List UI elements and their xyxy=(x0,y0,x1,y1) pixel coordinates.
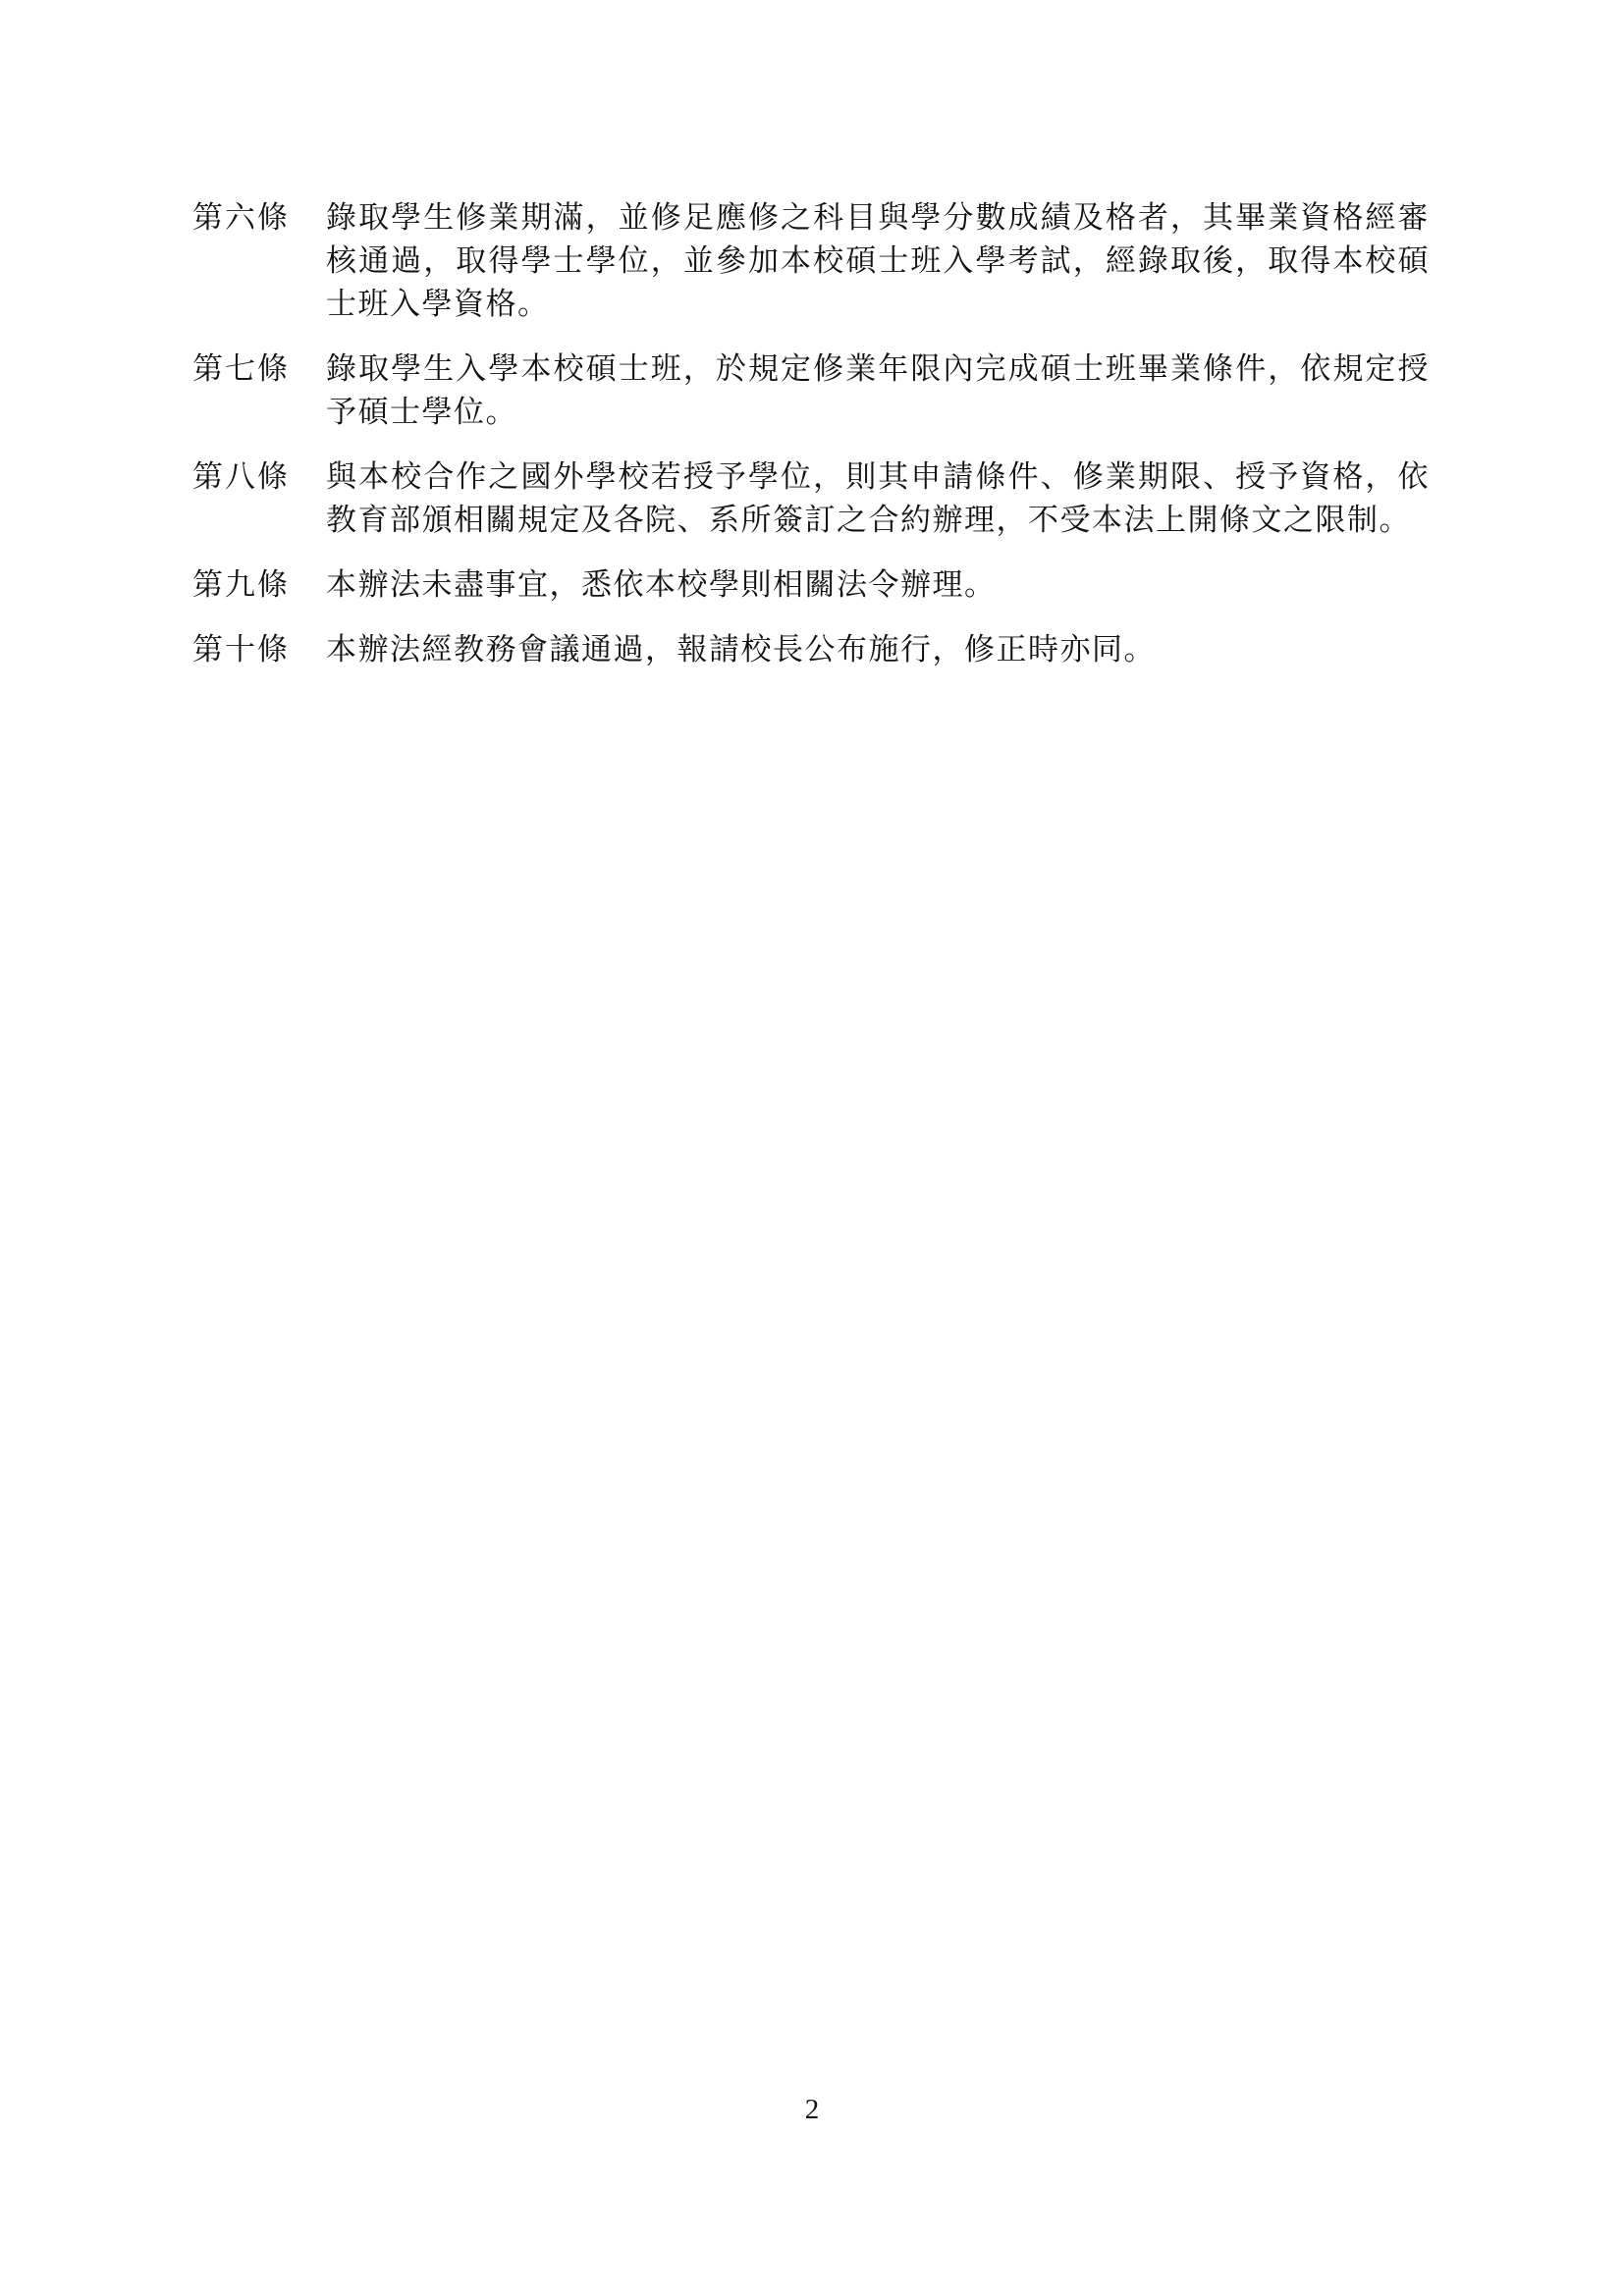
page-footer: 2 xyxy=(0,2093,1624,2126)
article-number: 第七條 xyxy=(192,347,326,391)
article-list: 第六條 錄取學生修業期滿，並修足應修之科目與學分數成績及格者，其畢業資格經審核通… xyxy=(192,196,1430,693)
article-row: 第八條 與本校合作之國外學校若授予學位，則其申請條件、修業期限、授予資格，依教育… xyxy=(192,455,1430,542)
article-row: 第七條 錄取學生入學本校碩士班，於規定修業年限內完成碩士班畢業條件，依規定授予碩… xyxy=(192,347,1430,434)
article-number: 第八條 xyxy=(192,455,326,499)
article-number: 第十條 xyxy=(192,628,326,671)
article-text: 本辦法未盡事宜，悉依本校學則相關法令辦理。 xyxy=(326,563,1430,607)
article-text: 錄取學生入學本校碩士班，於規定修業年限內完成碩士班畢業條件，依規定授予碩士學位。 xyxy=(326,347,1430,434)
document-page: 第六條 錄取學生修業期滿，並修足應修之科目與學分數成績及格者，其畢業資格經審核通… xyxy=(0,0,1624,2296)
article-row: 第十條 本辦法經教務會議通過，報請校長公布施行，修正時亦同。 xyxy=(192,628,1430,671)
article-row: 第六條 錄取學生修業期滿，並修足應修之科目與學分數成績及格者，其畢業資格經審核通… xyxy=(192,196,1430,326)
article-number: 第六條 xyxy=(192,196,326,240)
article-text: 錄取學生修業期滿，並修足應修之科目與學分數成績及格者，其畢業資格經審核通過，取得… xyxy=(326,196,1430,326)
page-number: 2 xyxy=(805,2094,820,2125)
article-text: 與本校合作之國外學校若授予學位，則其申請條件、修業期限、授予資格，依教育部頒相關… xyxy=(326,455,1430,542)
article-number: 第九條 xyxy=(192,563,326,607)
article-row: 第九條 本辦法未盡事宜，悉依本校學則相關法令辦理。 xyxy=(192,563,1430,607)
article-text: 本辦法經教務會議通過，報請校長公布施行，修正時亦同。 xyxy=(326,628,1430,671)
